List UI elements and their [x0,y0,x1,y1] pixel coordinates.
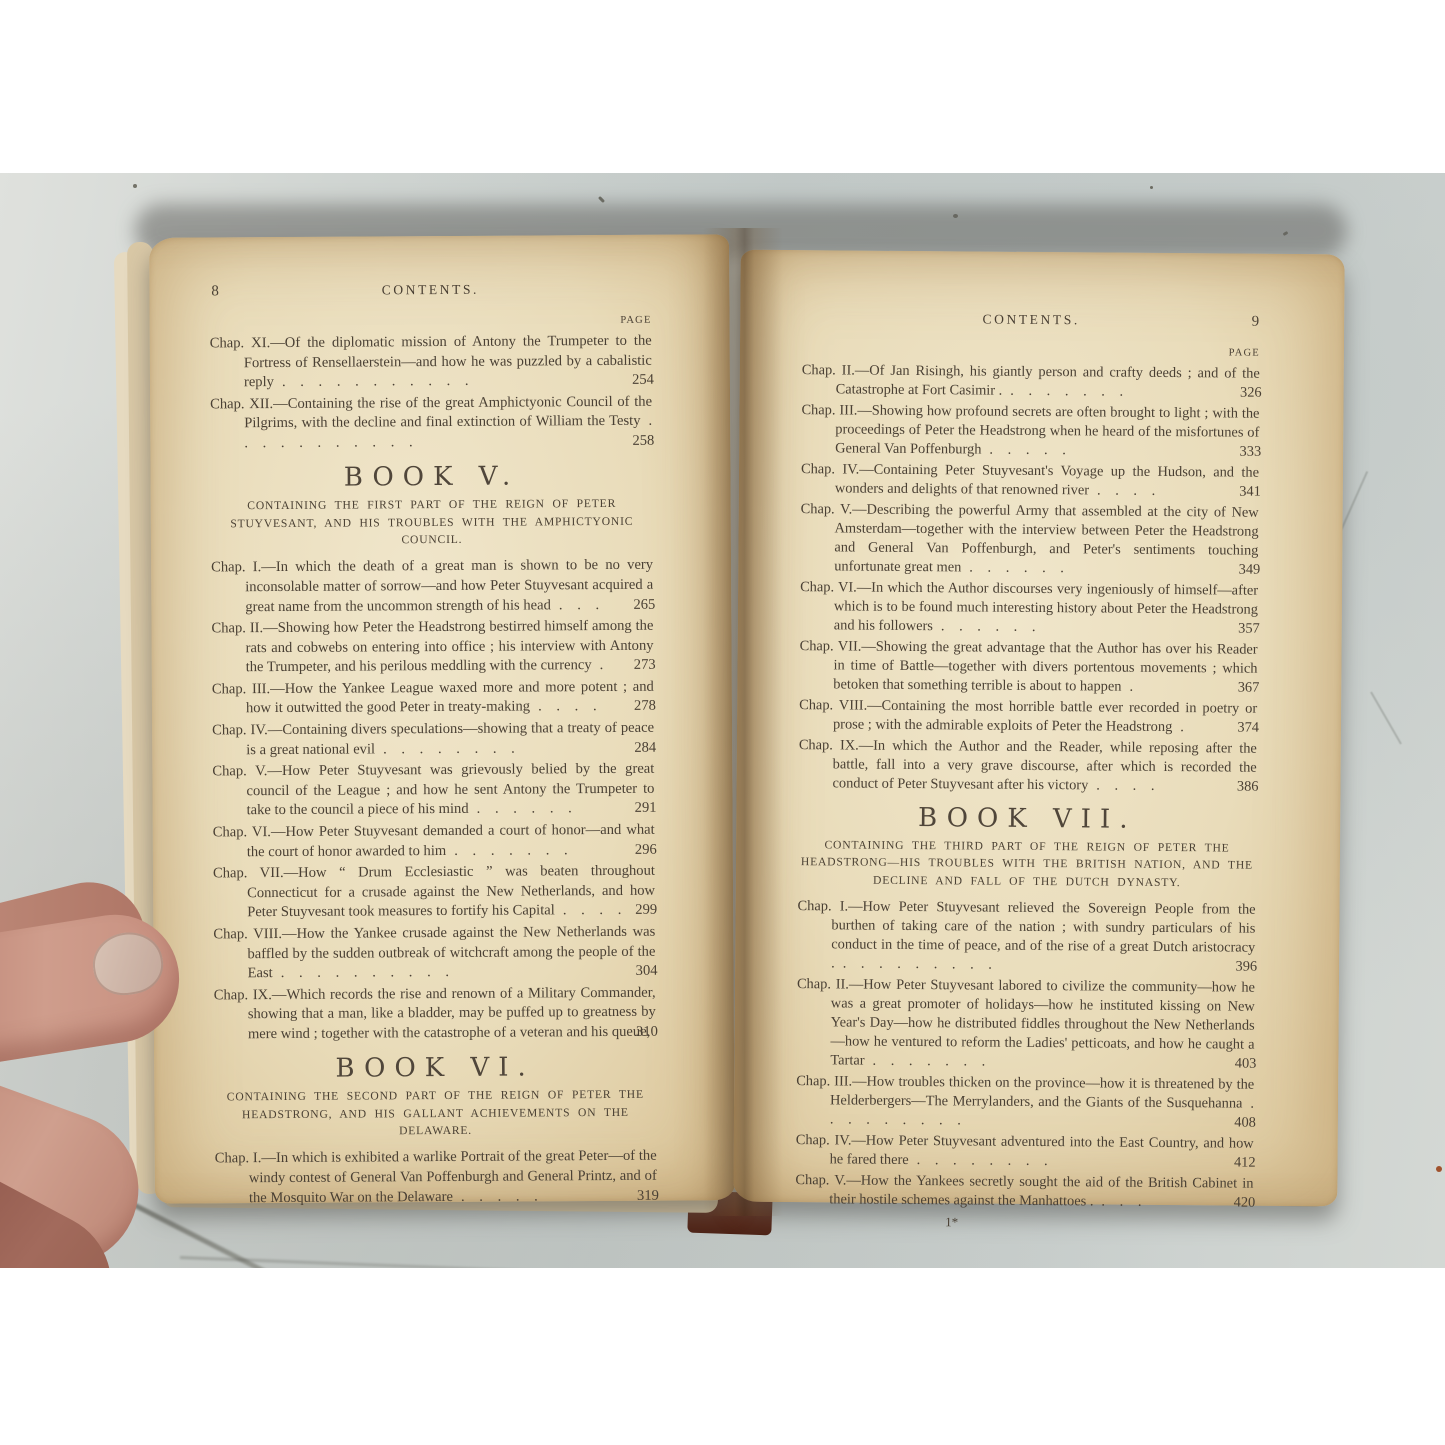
toc-entry-text: Chap. VII.—Showing the great advantage t… [800,638,1258,695]
table-speck [1150,186,1153,189]
toc-entry-page-number: 412 [1234,1154,1256,1173]
toc-entry: Chap. VI.—In which the Author discourses… [800,578,1258,639]
toc-entry: Chap. I.—In which the death of a great m… [211,556,653,617]
toc-entry-page-number: 296 [635,840,657,860]
book-heading: BOOK VI. CONTAINING THE SECOND PART OF T… [214,1057,656,1140]
book-title: BOOK VII. [798,808,1256,831]
toc-entry: Chap. IX.—In which the Author and the Re… [798,736,1256,797]
book-subtitle: CONTAINING THE THIRD PART OF THE REIGN O… [798,836,1256,892]
thumbnail [88,927,167,999]
dot-leader: . . . . . . . . [375,740,515,757]
toc-entry: Chap. II.—How Peter Stuyvesant labored t… [796,975,1255,1074]
toc-entry-page-number: 374 [1237,719,1259,738]
toc-entry-page-number: 319 [637,1186,659,1206]
letterbox-top [0,0,1445,173]
dot-leader: . . . . [555,902,622,918]
table-speck [1436,1166,1442,1172]
photo-of-open-book: 8 CONTENTS. PAGE Chap. XI.—Of the diplom… [0,0,1445,1445]
toc-entry-page-number: 284 [634,738,656,758]
toc-entry-text: Chap. V.—How the Yankees secretly sought… [795,1172,1253,1209]
toc-entry-page-number: 420 [1234,1194,1256,1213]
dot-leader: . . . . . . . [1002,383,1123,400]
toc-entry: Chap. II.—Showing how Peter the Headstro… [211,617,653,678]
toc-entry-page-number: 341 [1239,483,1261,502]
book-title: BOOK V. [210,466,652,488]
toc-entry-page-number: 357 [1238,620,1260,639]
toc-entry: Chap. V.—How the Yankees secretly sought… [795,1171,1253,1213]
toc-entry-page-number: 408 [1234,1114,1256,1133]
dot-leader: . . . . . . [961,559,1064,576]
book-heading: BOOK V. CONTAINING THE FIRST PART OF THE… [210,466,652,549]
toc-entry-text: Chap. XII.—Containing the rise of the gr… [210,393,652,431]
toc-entry: Chap. VII.—How “ Drum Ecclesiastic ” was… [213,862,655,923]
toc-entry: Chap. II.—Of Jan Risingh, his giantly pe… [802,361,1260,403]
dot-leader: . . . [551,597,599,613]
book-subtitle: CONTAINING THE SECOND PART OF THE REIGN … [214,1086,656,1141]
toc-entry-page-number: 304 [636,962,658,982]
dot-leader: . . . . [1089,482,1155,499]
dot-leader: . . . . . . . [864,1053,985,1070]
toc-entry: Chap. III.—How troubles thicken on the p… [796,1072,1254,1133]
dot-leader: . . . . . . . . [909,1152,1048,1169]
toc-entry: Chap. VI.—How Peter Stuyvesant demanded … [213,821,655,863]
hand-holding-book [0,916,280,1286]
toc-entry-page-number: 254 [632,371,654,391]
toc-entry: Chap. VII.—Showing the great advantage t… [799,637,1257,698]
toc-entry-page-number: 396 [1235,958,1257,977]
left-page-header: 8 CONTENTS. [209,281,651,306]
dot-leader: . . . . [1088,777,1154,794]
book-title: BOOK VI. [214,1057,656,1079]
right-folio: 9 [1252,314,1261,331]
dot-leader: . . . . . . [469,801,572,818]
toc-entry-page-number: 367 [1238,679,1260,698]
toc-entry: Chap. V.—Describing the powerful Army th… [800,500,1259,580]
table-speck [598,196,605,203]
dot-leader: . [1172,719,1184,735]
right-table-of-contents: Chap. II.—Of Jan Risingh, his giantly pe… [795,361,1260,1213]
dot-leader: . . . [1093,1194,1141,1210]
letterbox-bottom [0,1268,1445,1445]
left-page-column-label: PAGE [210,315,652,329]
signature-mark: 1* [945,1214,1253,1232]
toc-entry-text: Chap. IX.—In which the Author and the Re… [799,737,1257,793]
toc-entry-page-number: 265 [633,595,655,615]
toc-entry: Chap. IV.—Containing Peter Stuyvesant's … [801,460,1259,502]
toc-entry-page-number: 326 [1240,384,1262,403]
toc-entry-page-number: 310 [636,1023,658,1043]
toc-entry-text: Chap. VIII.—Containing the most horrible… [799,697,1257,735]
dot-leader: . [1121,679,1133,695]
toc-entry-text: Chap. III.—How troubles thicken on the p… [796,1073,1254,1112]
dot-leader: . . . . . . . . . . [273,964,449,981]
toc-entry-page-number: 278 [634,697,656,717]
toc-entry-page-number: 403 [1235,1055,1257,1074]
toc-entry-page-number: 299 [635,901,657,921]
toc-entry: Chap. V.—How Peter Stuyvesant was grievo… [212,760,654,821]
toc-entry: Chap. I.—In which is exhibited a warlike… [215,1147,657,1208]
toc-entry-page-number: 386 [1237,778,1259,797]
thumb [0,906,188,1080]
dot-leader: . . . . [530,699,597,715]
toc-entry-page-number: 349 [1239,561,1261,580]
book-subtitle: CONTAINING THE FIRST PART OF THE REIGN O… [211,495,653,550]
dot-leader: . . . . . [453,1188,538,1205]
toc-entry: Chap. XII.—Containing the rise of the gr… [210,392,652,453]
table-scratch [1370,692,1402,745]
table-speck [133,184,137,188]
right-page-column-label: PAGE [802,344,1260,359]
toc-entry: Chap. III.—Showing how profound secrets … [801,401,1259,462]
toc-entry: Chap. XI.—Of the diplomatic mission of A… [210,332,652,393]
left-running-head: CONTENTS. [209,281,651,300]
dot-leader: . [592,657,604,673]
dot-leader: . . . . . . . . . . . [274,373,469,390]
toc-entry: Chap. I.—How Peter Stuyvesant relieved t… [797,897,1256,977]
toc-entry: Chap. IV.—Containing divers speculations… [212,719,654,761]
dot-leader: . . . . . [981,442,1066,459]
toc-entry-text: Chap. II.—Showing how Peter the Headstro… [211,618,653,676]
toc-entry-text: Chap. I.—In which is exhibited a warlike… [215,1148,657,1206]
right-page-header: CONTENTS. 9 [802,310,1260,336]
dot-leader: . . . . . . [933,618,1036,635]
right-page: CONTENTS. 9 PAGE Chap. II.—Of Jan Rising… [733,250,1344,1207]
toc-entry-text: Chap. VI.—How Peter Stuyvesant demanded … [213,822,655,860]
toc-entry-page-number: 258 [632,432,654,452]
toc-entry-page-number: 273 [634,656,656,676]
toc-entry: Chap. VIII.—Containing the most horrible… [799,696,1257,738]
dot-leader: . . . . . . . . . [835,956,992,973]
toc-entry-text: Chap. V.—How Peter Stuyvesant was grievo… [212,761,654,819]
toc-entry: Chap. IV.—How Peter Stuyvesant adventure… [796,1131,1254,1173]
toc-entry-page-number: 291 [635,799,657,819]
dot-leader: . . . . . . . [446,842,568,859]
right-running-head: CONTENTS. [802,310,1260,330]
book-heading: BOOK VII. CONTAINING THE THIRD PART OF T… [798,808,1257,892]
toc-entry: Chap. III.—How the Yankee League waxed m… [212,678,654,720]
toc-entry-page-number: 333 [1240,443,1262,462]
toc-entry-text: Chap. IV.—Containing Peter Stuyvesant's … [801,461,1259,498]
